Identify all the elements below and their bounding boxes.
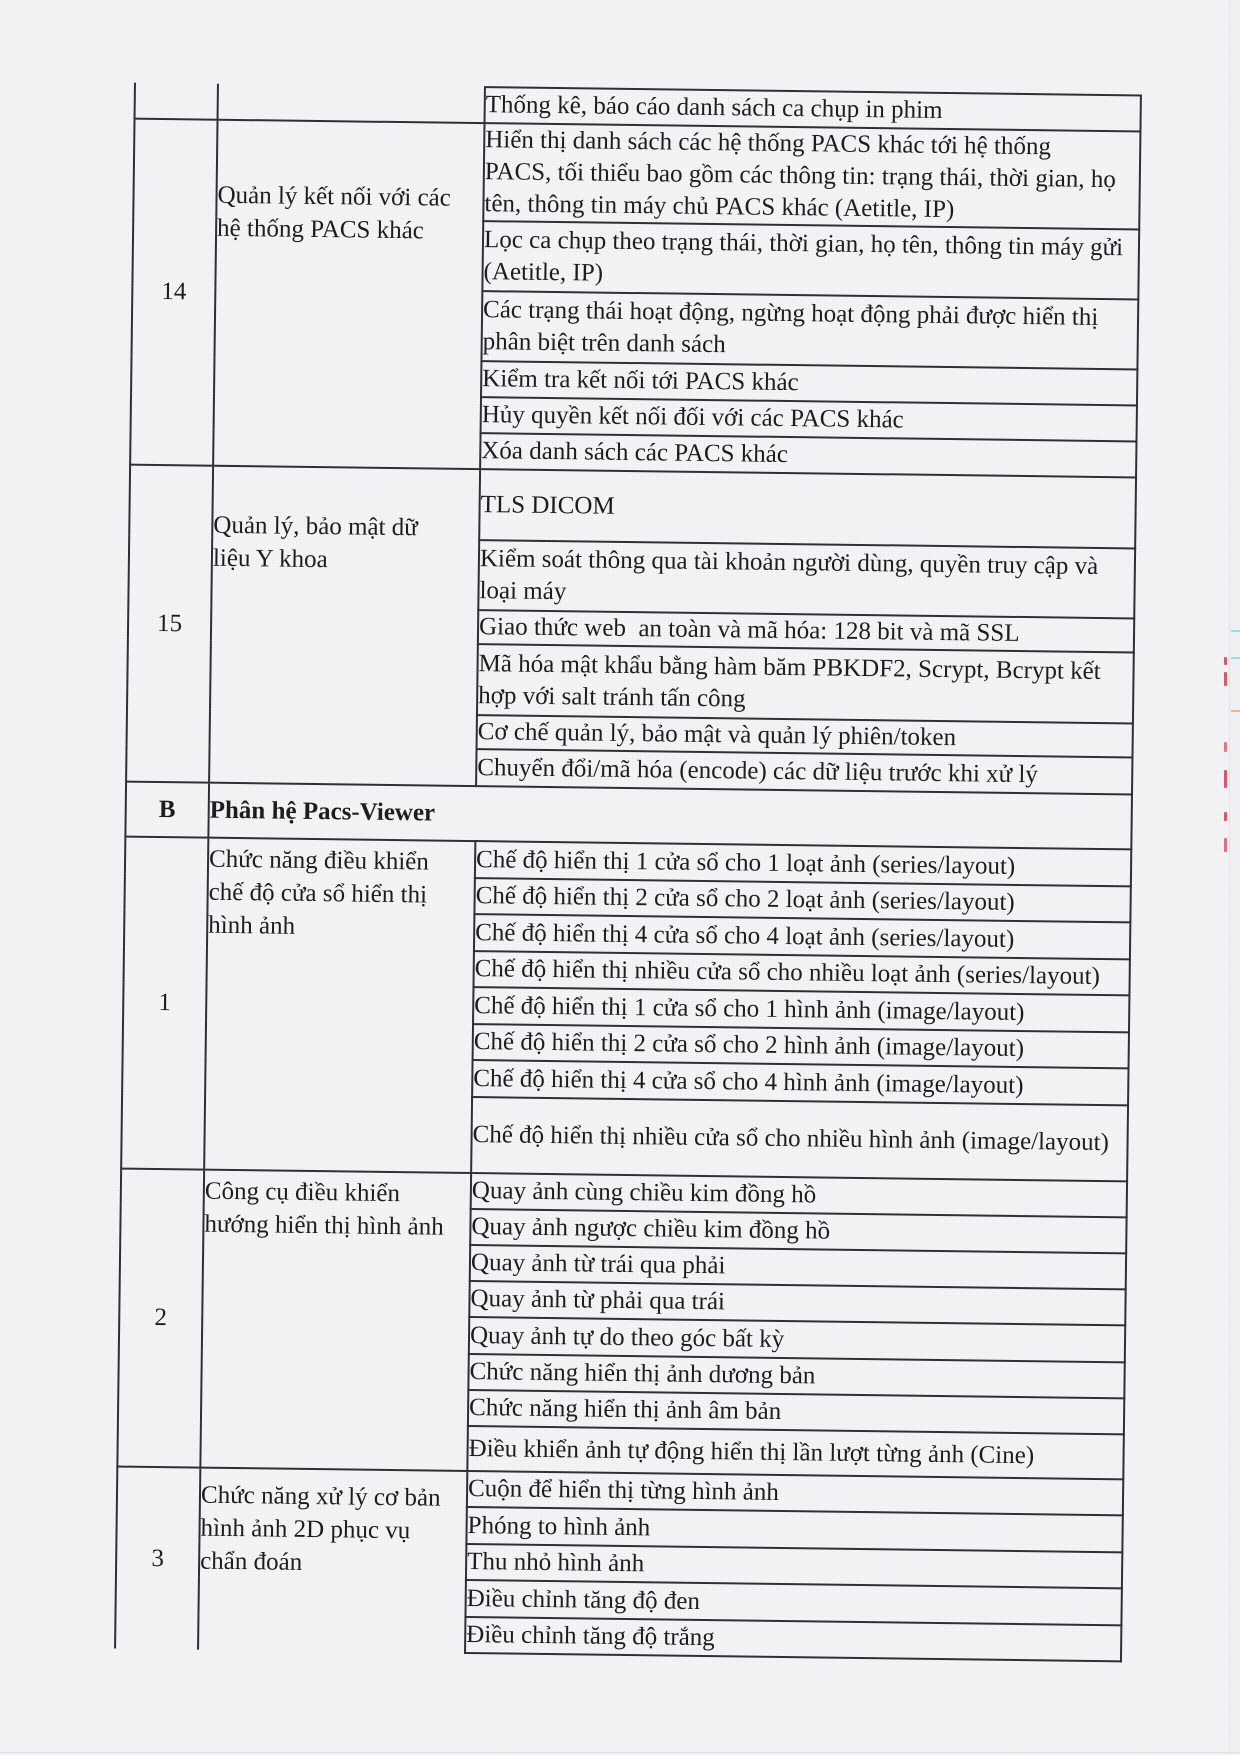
requirement-item-line: Điều chỉnh tăng độ trắng xyxy=(466,1619,1120,1659)
row-number: 3 xyxy=(115,1467,200,1650)
stamp-mark-fragment xyxy=(1224,657,1227,665)
scanner-edge-tick xyxy=(1231,657,1240,659)
feature-name-line: Chức năng điều khiển xyxy=(209,843,474,879)
requirement-item-line: Điều khiển ảnh tự động hiển thị lần lượt… xyxy=(468,1433,1122,1473)
row-number: 15 xyxy=(126,465,213,783)
row-number: 2 xyxy=(117,1169,204,1468)
stamp-mark-fragment xyxy=(1224,812,1227,821)
scanner-edge-tick xyxy=(1231,630,1240,632)
feature-name-line: chế độ cửa sổ hiển thị xyxy=(208,876,473,912)
feature-name-line: hình ảnh xyxy=(208,909,473,945)
table-row: 15Quản lý, bảo mật dữliệu Y khoaTLS DICO… xyxy=(129,465,1136,549)
requirement-item-line: Chuyển đổi/mã hóa (encode) các dữ liệu t… xyxy=(477,752,1131,792)
scanner-edge-tick xyxy=(1231,710,1240,712)
requirement-item: Các trạng thái hoạt động, ngừng hoạt độn… xyxy=(481,291,1138,369)
feature-name: Chức năng điều khiểnchế độ cửa sổ hiển t… xyxy=(204,838,475,1173)
requirement-item: Lọc ca chụp theo trạng thái, thời gian, … xyxy=(482,221,1139,299)
requirements-table: Thống kê, báo cáo danh sách ca chụp in p… xyxy=(114,82,1142,1663)
stamp-mark-fragment xyxy=(1224,742,1227,752)
requirement-item: Hiển thị danh sách các hệ thống PACS khá… xyxy=(483,123,1140,229)
requirement-item-line: Điều chỉnh tăng độ đen xyxy=(467,1583,1121,1623)
stamp-mark-fragment xyxy=(1224,770,1227,788)
stamp-mark-fragment xyxy=(1224,838,1227,852)
feature-name-line: chẩn đoán xyxy=(200,1545,465,1581)
requirement-item-line: Phóng to hình ảnh xyxy=(467,1510,1121,1550)
feature-name-line: hệ thống PACS khác xyxy=(217,212,482,248)
feature-name-line: Công cụ điều khiển xyxy=(205,1175,470,1211)
continued-feature-cell xyxy=(218,84,485,123)
scanner-edge-strip xyxy=(1229,0,1240,1755)
feature-name-line: Quản lý, bảo mật dữ xyxy=(213,509,478,545)
feature-name: Quản lý, bảo mật dữliệu Y khoa xyxy=(209,466,480,786)
requirement-item-line: TLS DICOM xyxy=(480,489,1134,529)
row-number: 14 xyxy=(130,119,217,466)
requirement-item: Kiểm soát thông qua tài khoản người dùng… xyxy=(478,540,1135,618)
feature-name: Quản lý kết nối với cáchệ thống PACS khá… xyxy=(213,120,484,469)
document-page: Thống kê, báo cáo danh sách ca chụp in p… xyxy=(114,82,1140,1663)
feature-name-line: hướng hiển thị hình ảnh xyxy=(204,1208,469,1244)
requirement-item-line: Chế độ hiển thị nhiều cửa sổ cho nhiều h… xyxy=(472,1119,1126,1159)
feature-name: Công cụ điều khiểnhướng hiển thị hình ản… xyxy=(200,1170,471,1471)
requirement-item: TLS DICOM xyxy=(479,469,1136,548)
requirement-item-line: Quay ảnh tự do theo góc bất kỳ xyxy=(470,1320,1124,1360)
requirement-item: Điều chỉnh tăng độ trắng xyxy=(465,1617,1121,1661)
requirement-item: Mã hóa mật khẩu bằng hàm băm PBKDF2, Scr… xyxy=(477,644,1134,723)
feature-name-line: Chức năng xử lý cơ bản xyxy=(201,1479,466,1515)
feature-name: Chức năng xử lý cơ bảnhình ảnh 2D phục v… xyxy=(198,1468,467,1653)
requirement-item-line: Chế độ hiển thị 1 cửa sổ cho 1 loạt ảnh … xyxy=(476,844,1130,884)
requirement-item-line: Chế độ hiển thị 1 cửa sổ cho 1 hình ảnh … xyxy=(474,990,1128,1030)
feature-name-line: liệu Y khoa xyxy=(213,542,478,578)
requirement-item: Chế độ hiển thị nhiều cửa sổ cho nhiều h… xyxy=(471,1097,1128,1181)
stamp-mark-fragment xyxy=(1224,672,1227,686)
requirement-item-line: Chế độ hiển thị 4 cửa sổ cho 4 hình ảnh … xyxy=(473,1063,1127,1103)
row-number: 1 xyxy=(121,837,208,1170)
requirements-table-body: Thống kê, báo cáo danh sách ca chụp in p… xyxy=(115,83,1141,1662)
feature-name-line: hình ảnh 2D phục vụ xyxy=(200,1512,465,1548)
continued-number-cell xyxy=(135,83,218,120)
feature-name-line: Quản lý kết nối với các xyxy=(217,179,482,215)
section-code: B xyxy=(125,782,209,838)
table-row: 14Quản lý kết nối với cáchệ thống PACS k… xyxy=(133,119,1140,230)
page-bottom-edge xyxy=(0,1752,1240,1753)
requirement-item-line: Chế độ hiển thị 4 cửa sổ cho 4 loạt ảnh … xyxy=(475,917,1129,957)
